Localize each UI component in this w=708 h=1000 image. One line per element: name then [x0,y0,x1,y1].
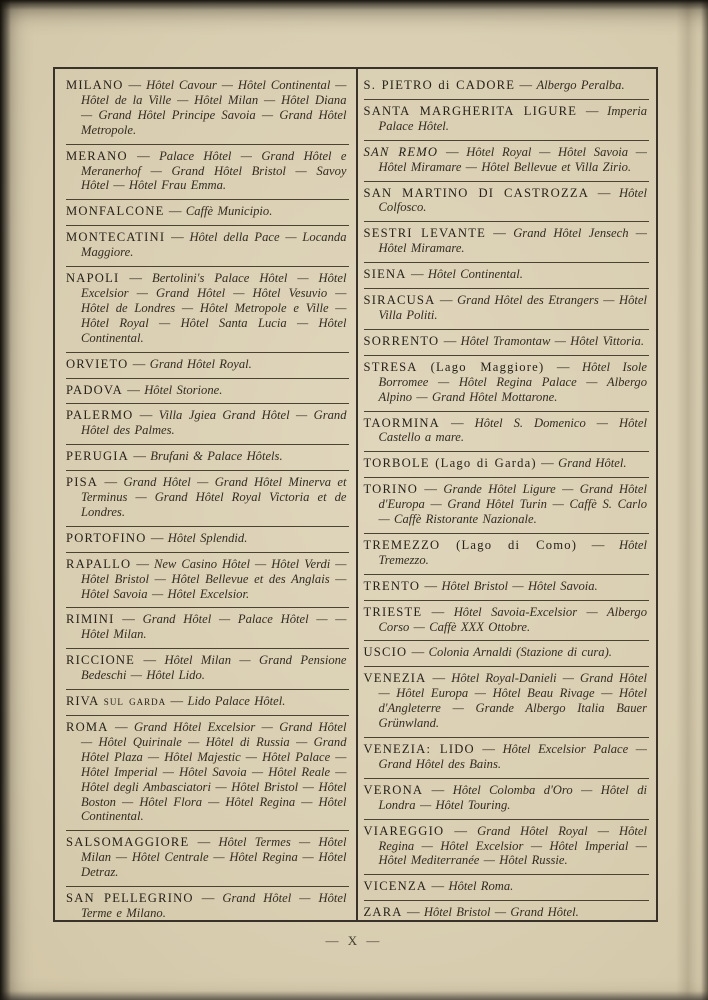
hotel-list: Hôtel Roma. [448,879,513,893]
entry-right-12: TREMEZZO (Lago di Como) — Hôtel Tremezzo… [364,534,650,575]
separator-dash: — [422,605,453,619]
separator-dash: — [165,230,189,244]
city-name: PORTOFINO [66,531,147,545]
separator-dash: — [133,408,158,422]
city-name: ZARA [364,905,403,919]
entry-left-11: RAPALLO — New Casino Hôtel — Hôtel Verdi… [66,553,349,609]
right-column: S. PIETRO di CADORE — Albergo Peralba.SA… [356,69,657,920]
hotel-list: Brufani & Palace Hôtels. [150,449,282,463]
separator-dash: — [189,835,218,849]
separator-dash: — [128,149,159,163]
entry-left-16: SALSOMAGGIORE — Hôtel Termes — Hôtel Mil… [66,831,349,887]
city-name: SIRACUSA [364,293,436,307]
city-name: TRENTO [364,579,421,593]
separator-dash: — [589,186,619,200]
hotel-list: Hôtel Bristol — Hôtel Savoia. [441,579,597,593]
city-name: PADOVA [66,383,123,397]
city-name: SAN PELLEGRINO [66,891,194,905]
entry-right-0: S. PIETRO di CADORE — Albergo Peralba. [364,74,650,100]
city-name: TORINO [364,482,419,496]
entry-left-4: NAPOLI — Bertolini's Palace Hôtel — Hôte… [66,267,349,353]
separator-dash: — [119,271,152,285]
separator-dash: — [486,226,513,240]
city-name: NAPOLI [66,271,119,285]
entry-left-10: PORTOFINO — Hôtel Splendid. [66,527,349,553]
hotel-list: Hôtel Tramontaw — Hôtel Vittoria. [461,334,644,348]
separator-dash: — [135,653,164,667]
entry-left-5: ORVIETO — Grand Hôtel Royal. [66,353,349,379]
entry-right-18: VERONA — Hôtel Colomba d'Oro — Hôtel di … [364,779,650,820]
separator-dash: — [131,557,154,571]
hotel-list: Caffè Municipio. [186,204,273,218]
city-name: VENEZIA [364,671,427,685]
city-name: TREMEZZO (Lago di Como) [364,538,578,552]
separator-dash: — [438,145,466,159]
city-name: PISA [66,475,98,489]
city-name: SAN REMO [364,145,439,159]
hotel-list: Albergo Peralba. [536,78,624,92]
separator-dash: — [444,824,477,838]
entry-right-10: TORBOLE (Lago di Garda) — Grand Hôtel. [364,452,650,478]
city-name: ROMA [66,720,109,734]
entry-left-17: SAN PELLEGRINO — Grand Hôtel — Hôtel Ter… [66,887,349,920]
city-name: TORBOLE (Lago di Garda) [364,456,537,470]
separator-dash: — [403,905,424,919]
entry-left-8: PERUGIA — Brufani & Palace Hôtels. [66,445,349,471]
entry-left-13: RICCIONE — Hôtel Milan — Grand Pensione … [66,649,349,690]
entry-right-13: TRENTO — Hôtel Bristol — Hôtel Savoia. [364,575,650,601]
city-name: MONFALCONE [66,204,165,218]
separator-dash: — [124,78,147,92]
city-name: TAORMINA [364,416,440,430]
separator-dash: — [475,742,503,756]
directory-frame: MILANO — Hôtel Cavour — Hôtel Continenta… [53,67,658,922]
separator-dash: — [123,383,144,397]
entry-left-9: PISA — Grand Hôtel — Grand Hôtel Minerva… [66,471,349,527]
city-name: STRESA (Lago Maggiore) [364,360,545,374]
separator-dash: — [426,671,451,685]
entry-right-2: SAN REMO — Hôtel Royal — Hôtel Savoia — … [364,141,650,182]
entry-right-20: VICENZA — Hôtel Roma. [364,875,650,901]
entry-left-2: MONFALCONE — Caffè Municipio. [66,200,349,226]
page-number: — X — [0,933,708,949]
city-name: S. PIETRO di CADORE [364,78,516,92]
separator-dash: — [537,456,558,470]
city-name: RIMINI [66,612,114,626]
separator-dash: — [427,879,448,893]
separator-dash: — [435,293,457,307]
entry-left-1: MERANO — Palace Hôtel — Grand Hôtel e Me… [66,145,349,201]
entry-right-19: VIAREGGIO — Grand Hôtel Royal — Hôtel Re… [364,820,650,876]
separator-dash: — [420,579,441,593]
separator-dash: — [114,612,142,626]
entry-left-0: MILANO — Hôtel Cavour — Hôtel Continenta… [66,74,349,145]
hotel-list: Grand Hôtel. [558,456,626,470]
hotel-list: Hôtel Storione. [144,383,222,397]
separator-dash: — [544,360,582,374]
entry-left-6: PADOVA — Hôtel Storione. [66,379,349,405]
scanned-page: MILANO — Hôtel Cavour — Hôtel Continenta… [0,0,708,1000]
city-name: RICCIONE [66,653,135,667]
entry-left-14: RIVA sul garda — Lido Palace Hôtel. [66,690,349,716]
entry-right-6: SIRACUSA — Grand Hôtel des Etrangers — H… [364,289,650,330]
separator-dash: — [439,334,460,348]
separator-dash: — [129,449,150,463]
entry-right-11: TORINO — Grande Hôtel Ligure — Grand Hôt… [364,478,650,534]
hotel-list: Hôtel Continental. [428,267,523,281]
left-column: MILANO — Hôtel Cavour — Hôtel Continenta… [55,69,356,920]
separator-dash: — [109,720,134,734]
city-name: MONTECATINI [66,230,165,244]
city-name: PALERMO [66,408,133,422]
city-name: PERUGIA [66,449,129,463]
entry-right-7: SORRENTO — Hôtel Tramontaw — Hôtel Vitto… [364,330,650,356]
city-name: VENEZIA: LIDO [364,742,475,756]
separator-dash: — [407,267,428,281]
hotel-list: Grand Hôtel Royal. [150,357,252,371]
entry-left-7: PALERMO — Villa Jgiea Grand Hôtel — Gran… [66,404,349,445]
separator-dash: — [515,78,536,92]
entry-right-1: SANTA MARGHERITA LIGURE — Imperia Palace… [364,100,650,141]
entry-right-4: SESTRI LEVANTE — Grand Hôtel Jensech — H… [364,222,650,263]
city-name: TRIESTE [364,605,423,619]
city-name: USCIO [364,645,408,659]
city-name: RAPALLO [66,557,131,571]
city-name: SALSOMAGGIORE [66,835,189,849]
separator-dash: — [440,416,475,430]
entry-right-8: STRESA (Lago Maggiore) — Hôtel Isole Bor… [364,356,650,412]
separator-dash: — [194,891,223,905]
entry-right-3: SAN MARTINO DI CASTROZZA — Hôtel Colfosc… [364,182,650,223]
entry-left-3: MONTECATINI — Hôtel della Pace — Locanda… [66,226,349,267]
city-name: SAN MARTINO DI CASTROZZA [364,186,590,200]
entry-right-16: VENEZIA — Hôtel Royal-Danieli — Grand Hô… [364,667,650,738]
separator-dash: — [418,482,443,496]
entry-right-9: TAORMINA — Hôtel S. Domenico — Hôtel Cas… [364,412,650,453]
separator-dash: — [577,538,619,552]
city-name: MILANO [66,78,124,92]
separator-dash: — [166,694,187,708]
city-name: VERONA [364,783,424,797]
hotel-list: Grand Hôtel Excelsior — Grand Hôtel — Hô… [81,720,347,823]
separator-dash: — [423,783,453,797]
hotel-list: Lido Palace Hôtel. [187,694,285,708]
separator-dash: — [165,204,186,218]
city-name: VICENZA [364,879,428,893]
entry-right-5: SIENA — Hôtel Continental. [364,263,650,289]
separator-dash: — [577,104,607,118]
entry-right-21: ZARA — Hôtel Bristol — Grand Hôtel. [364,901,650,920]
hotel-list: Hôtel Bristol — Grand Hôtel. [424,905,579,919]
city-name: SIENA [364,267,407,281]
city-name: SESTRI LEVANTE [364,226,487,240]
separator-dash: — [147,531,168,545]
separator-dash: — [98,475,123,489]
city-name: RIVA sul garda [66,694,166,708]
entry-left-12: RIMINI — Grand Hôtel — Palace Hôtel — — … [66,608,349,649]
separator-dash: — [407,645,428,659]
city-name: ORVIETO [66,357,128,371]
city-name: MERANO [66,149,128,163]
city-name: VIAREGGIO [364,824,445,838]
hotel-list: Colonia Arnaldi (Stazione di cura). [429,645,612,659]
hotel-list: Hôtel Splendid. [168,531,248,545]
city-name: SANTA MARGHERITA LIGURE [364,104,578,118]
entry-right-14: TRIESTE — Hôtel Savoia-Excelsior — Alber… [364,601,650,642]
city-name: SORRENTO [364,334,440,348]
entry-right-17: VENEZIA: LIDO — Hôtel Excelsior Palace —… [364,738,650,779]
entry-right-15: USCIO — Colonia Arnaldi (Stazione di cur… [364,641,650,667]
entry-left-15: ROMA — Grand Hôtel Excelsior — Grand Hôt… [66,716,349,831]
separator-dash: — [128,357,149,371]
